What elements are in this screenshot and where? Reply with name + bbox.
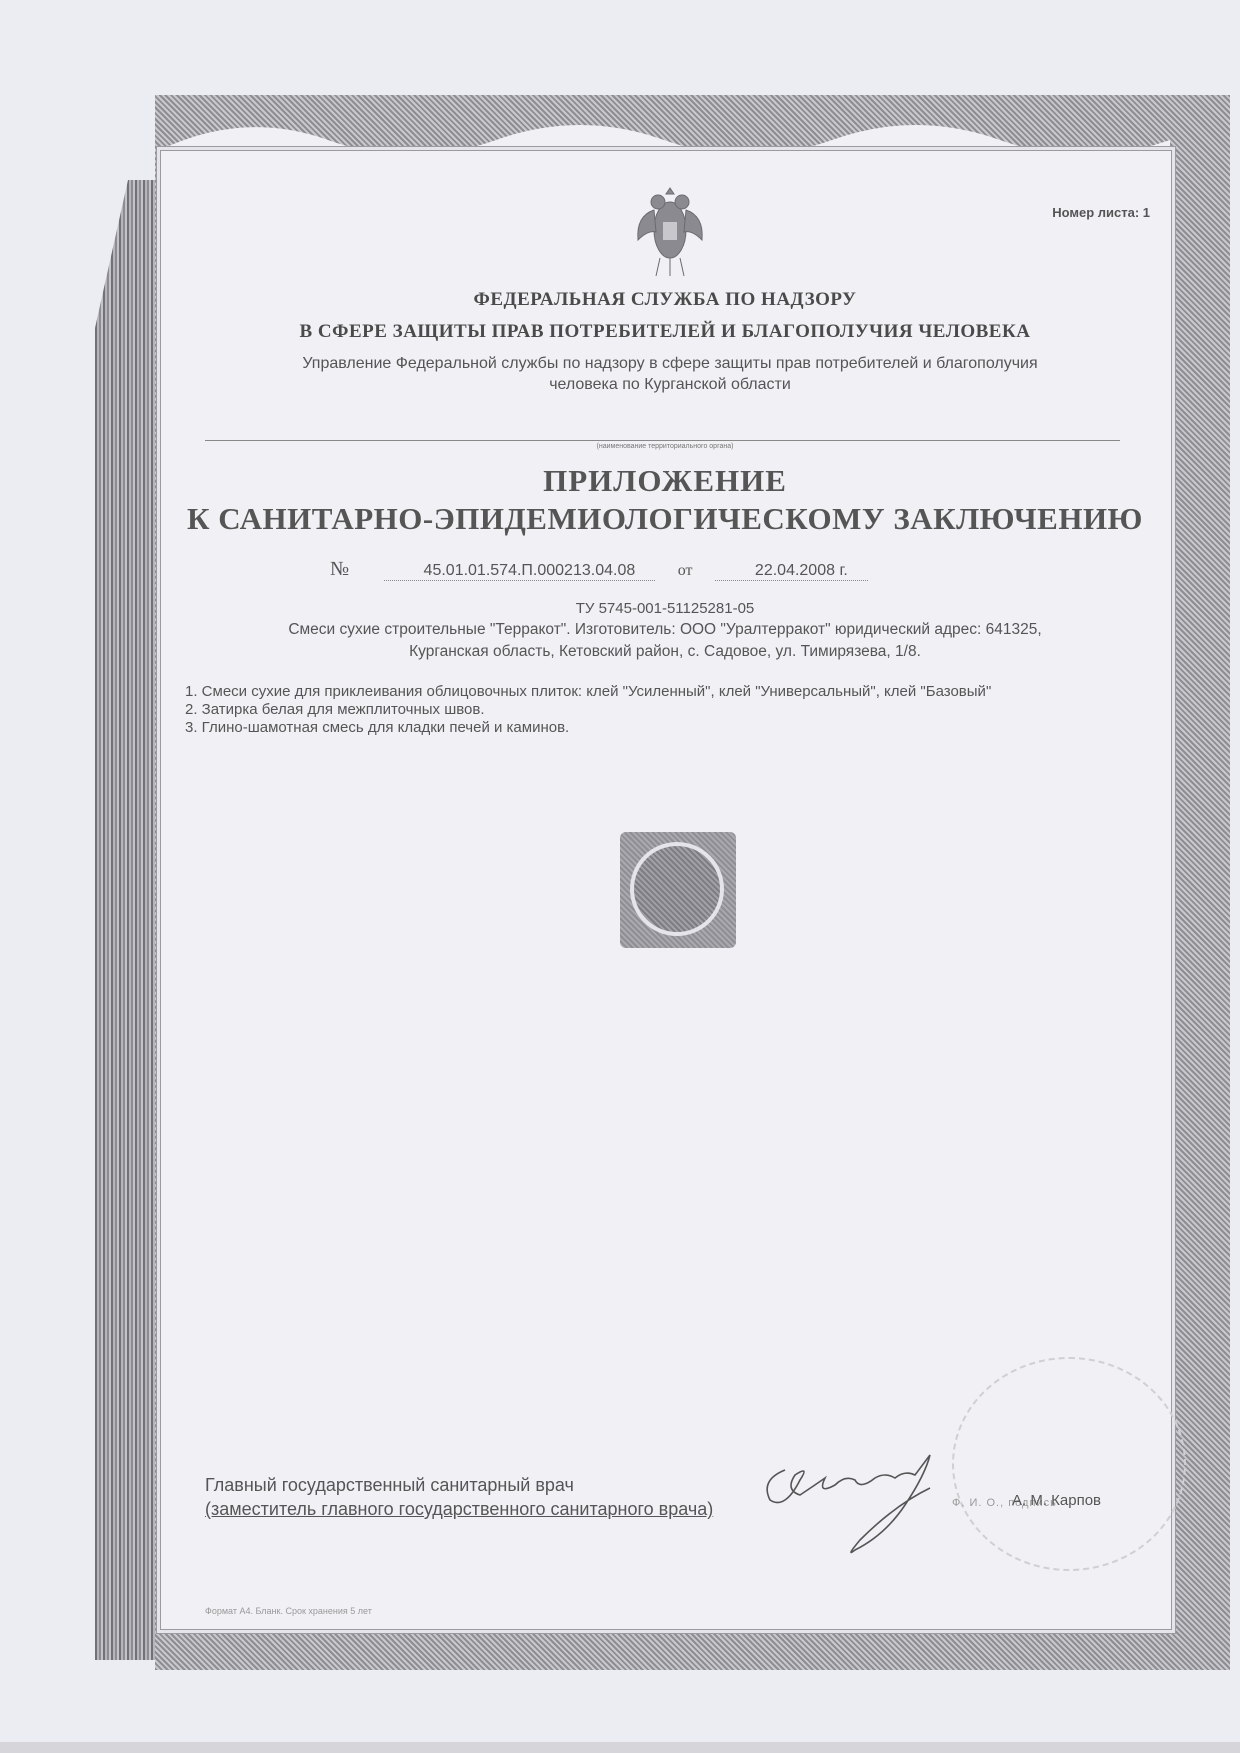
from-label: от bbox=[678, 562, 693, 579]
rule-caption: (наименование территориального органа) bbox=[160, 443, 1170, 450]
agency-name-line2: В СФЕРЕ ЗАЩИТЫ ПРАВ ПОТРЕБИТЕЛЕЙ И БЛАГО… bbox=[160, 321, 1170, 343]
handwritten-signature bbox=[755, 1450, 985, 1560]
product-description: Смеси сухие строительные "Терракот". Изг… bbox=[190, 619, 1140, 663]
form-footer-note: Формат А4. Бланк. Срок хранения 5 лет bbox=[205, 1606, 372, 1616]
department-name: Управление Федеральной службы по надзору… bbox=[200, 353, 1140, 395]
department-line1: Управление Федеральной службы по надзору… bbox=[200, 353, 1140, 374]
double-headed-eagle-icon bbox=[630, 180, 710, 280]
list-item: 1. Смеси сухие для приклеивания облицово… bbox=[185, 683, 1145, 701]
position-line1: Главный государственный санитарный врач bbox=[205, 1473, 713, 1497]
separator-rule bbox=[205, 440, 1120, 441]
eagle-seal-icon bbox=[620, 832, 736, 948]
round-stamp bbox=[952, 1357, 1186, 1571]
left-security-strip bbox=[95, 180, 155, 1660]
product-line2: Курганская область, Кетовский район, с. … bbox=[190, 641, 1140, 663]
agency-name-line1: ФЕДЕРАЛЬНАЯ СЛУЖБА ПО НАДЗОРУ bbox=[160, 289, 1170, 311]
product-line1: Смеси сухие строительные "Терракот". Изг… bbox=[190, 619, 1140, 641]
product-items-list: 1. Смеси сухие для приклеивания облицово… bbox=[185, 683, 1145, 737]
document-reference: № 45.01.01.574.П.000213.04.08 от 22.04.2… bbox=[330, 558, 868, 581]
document-title-line2: К САНИТАРНО-ЭПИДЕМИОЛОГИЧЕСКОМУ ЗАКЛЮЧЕН… bbox=[160, 501, 1170, 537]
department-line2: человека по Курганской области bbox=[200, 374, 1140, 395]
document-date: 22.04.2008 г. bbox=[715, 562, 868, 581]
document-number: 45.01.01.574.П.000213.04.08 bbox=[384, 562, 656, 581]
list-item: 2. Затирка белая для межплиточных швов. bbox=[185, 701, 1145, 719]
scan-edge bbox=[0, 1742, 1240, 1753]
list-item: 3. Глино-шамотная смесь для кладки печей… bbox=[185, 719, 1145, 737]
signatory-position: Главный государственный санитарный врач … bbox=[205, 1473, 713, 1521]
signer-name: А. М. Карпов bbox=[1012, 1492, 1101, 1509]
position-line2: (заместитель главного государственного с… bbox=[205, 1497, 713, 1521]
technical-spec: ТУ 5745-001-51125281-05 bbox=[160, 600, 1170, 617]
sheet-number: Номер листа: 1 bbox=[1052, 205, 1150, 220]
number-sign: № bbox=[330, 558, 349, 580]
document-title-line1: ПРИЛОЖЕНИЕ bbox=[160, 463, 1170, 499]
